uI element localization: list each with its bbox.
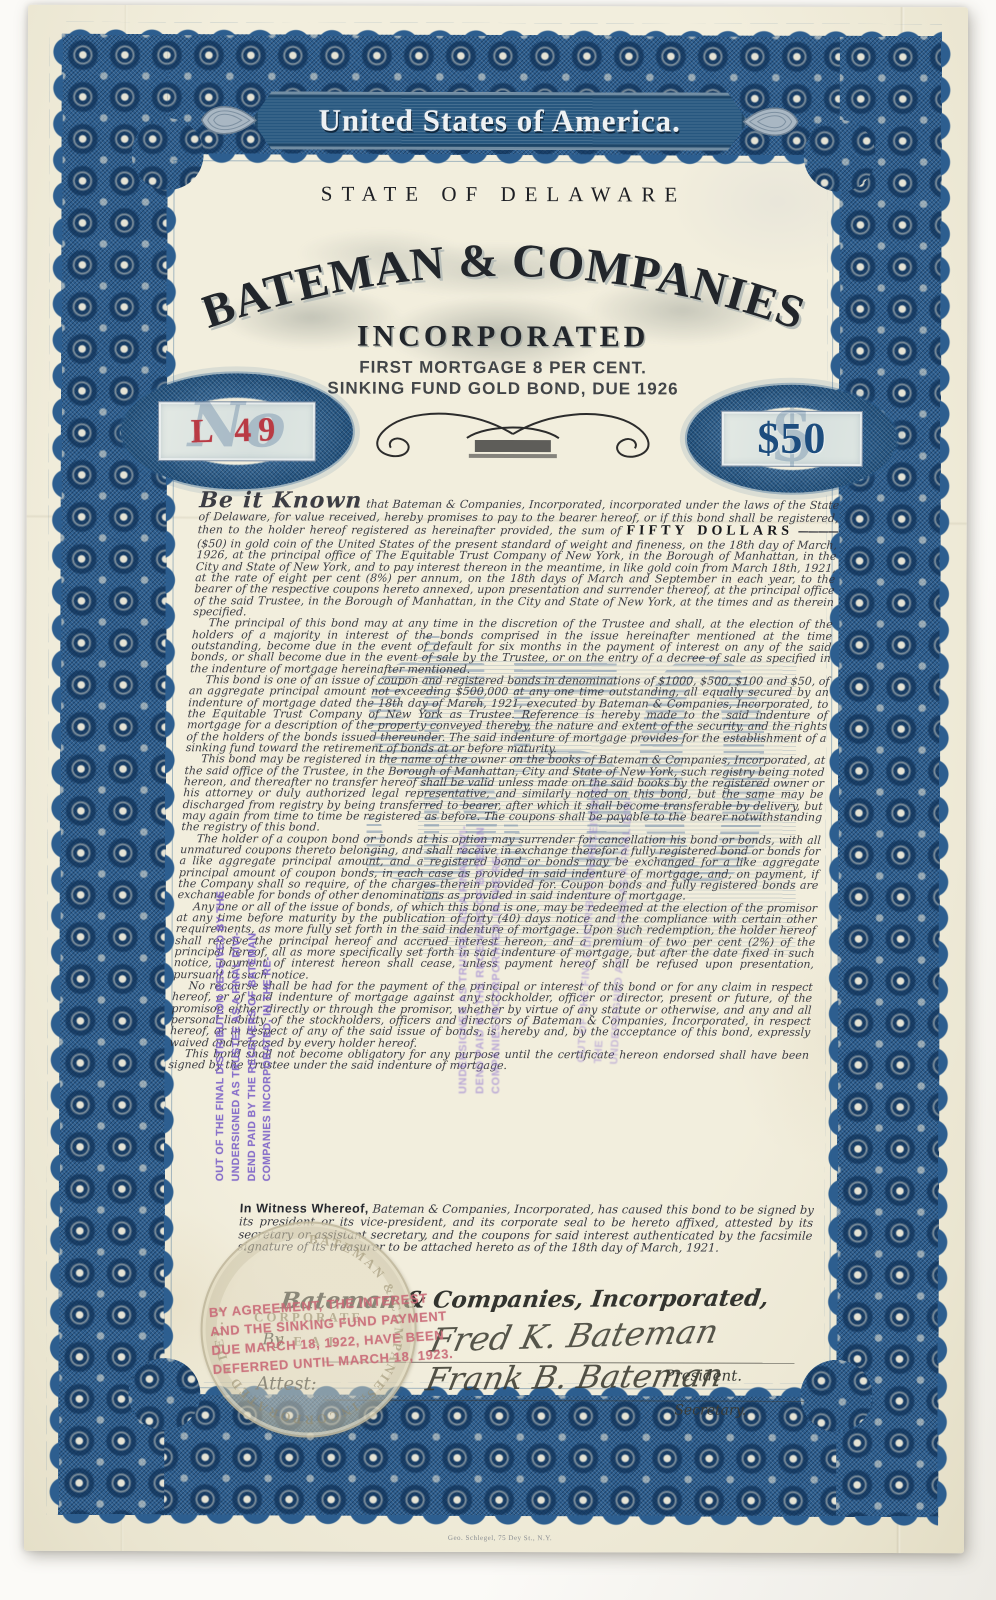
serial-number: L 49	[191, 411, 283, 451]
banner-wing-icon	[200, 99, 258, 141]
serial-medallion: No L 49	[121, 373, 353, 490]
border-corner-rosette	[128, 1358, 200, 1430]
stamp-line: OUT OF THE FINAL DISTRIBUTION RECEIVED B…	[213, 841, 230, 1181]
ornate-border-left	[58, 34, 168, 1515]
receiver-stamp-center: UNDERSIGNED AS TRUSTEE AS A FINAL DIVI- …	[455, 794, 505, 1094]
paragraph-principal: The principal of this bond may at any ti…	[190, 618, 833, 676]
scanned-bond-certificate: United States of America. STATE OF DELAW…	[0, 0, 996, 1600]
denomination-value: $50	[757, 413, 826, 464]
stamp-line: COMPANIES INCORPORATED, IN THE RE-	[488, 794, 505, 1094]
serial-panel: No L 49	[158, 401, 316, 462]
stamp-line: DEND PAID BY THE RECEIVERS OF BATEMAN	[244, 841, 261, 1181]
scroll-flourish-icon	[357, 404, 669, 467]
usa-banner: United States of America.	[252, 91, 748, 150]
amount-words: FIFTY DOLLARS	[626, 523, 793, 538]
border-corner-rosette	[132, 118, 204, 190]
paragraph-promise: Be it Known that Bateman & Companies, In…	[193, 491, 840, 619]
border-corner-rosette	[800, 1360, 872, 1432]
border-corner-rosette	[804, 120, 876, 192]
engraver-imprint: Geo. Schlegel, 75 Dey St., N.Y.	[170, 1533, 830, 1543]
stamp-line: COMPANIES INCORPORATED, IN THE RE-	[260, 841, 277, 1181]
stamp-line: UNDERSIGNED AS TRUSTEE AS A FINAL DIVI-	[229, 841, 246, 1181]
paragraph-issue: This bond is one of an issue of coupon a…	[186, 674, 830, 755]
stamp-line: DEND PAID BY THE RECEIVERS OF BATEMAN	[472, 794, 489, 1094]
banner-wing-icon	[742, 101, 800, 143]
ornate-border-right	[836, 36, 942, 1517]
receiver-stamp-vertical: OUT OF THE FINAL DISTRIBUTION RECEIVED B…	[213, 841, 277, 1181]
state-line: STATE OF DELAWARE	[173, 181, 833, 208]
denomination-medallion: $ $50	[687, 384, 897, 493]
incorporated-line: INCORPORATED	[173, 319, 833, 355]
dash-fill: ————	[793, 525, 838, 538]
promise-text-b: ($50) in gold coin of the United States …	[193, 537, 837, 618]
certificate-paper: United States of America. STATE OF DELAW…	[24, 5, 968, 1553]
stamp-line: UNDERSIGNED AS TRUSTEE AS A FINAL DIVI-	[455, 794, 472, 1094]
secretary-title: Secretary.	[674, 1402, 746, 1418]
banner-title: United States of America.	[252, 91, 748, 150]
denomination-panel: $ $50	[720, 410, 863, 467]
